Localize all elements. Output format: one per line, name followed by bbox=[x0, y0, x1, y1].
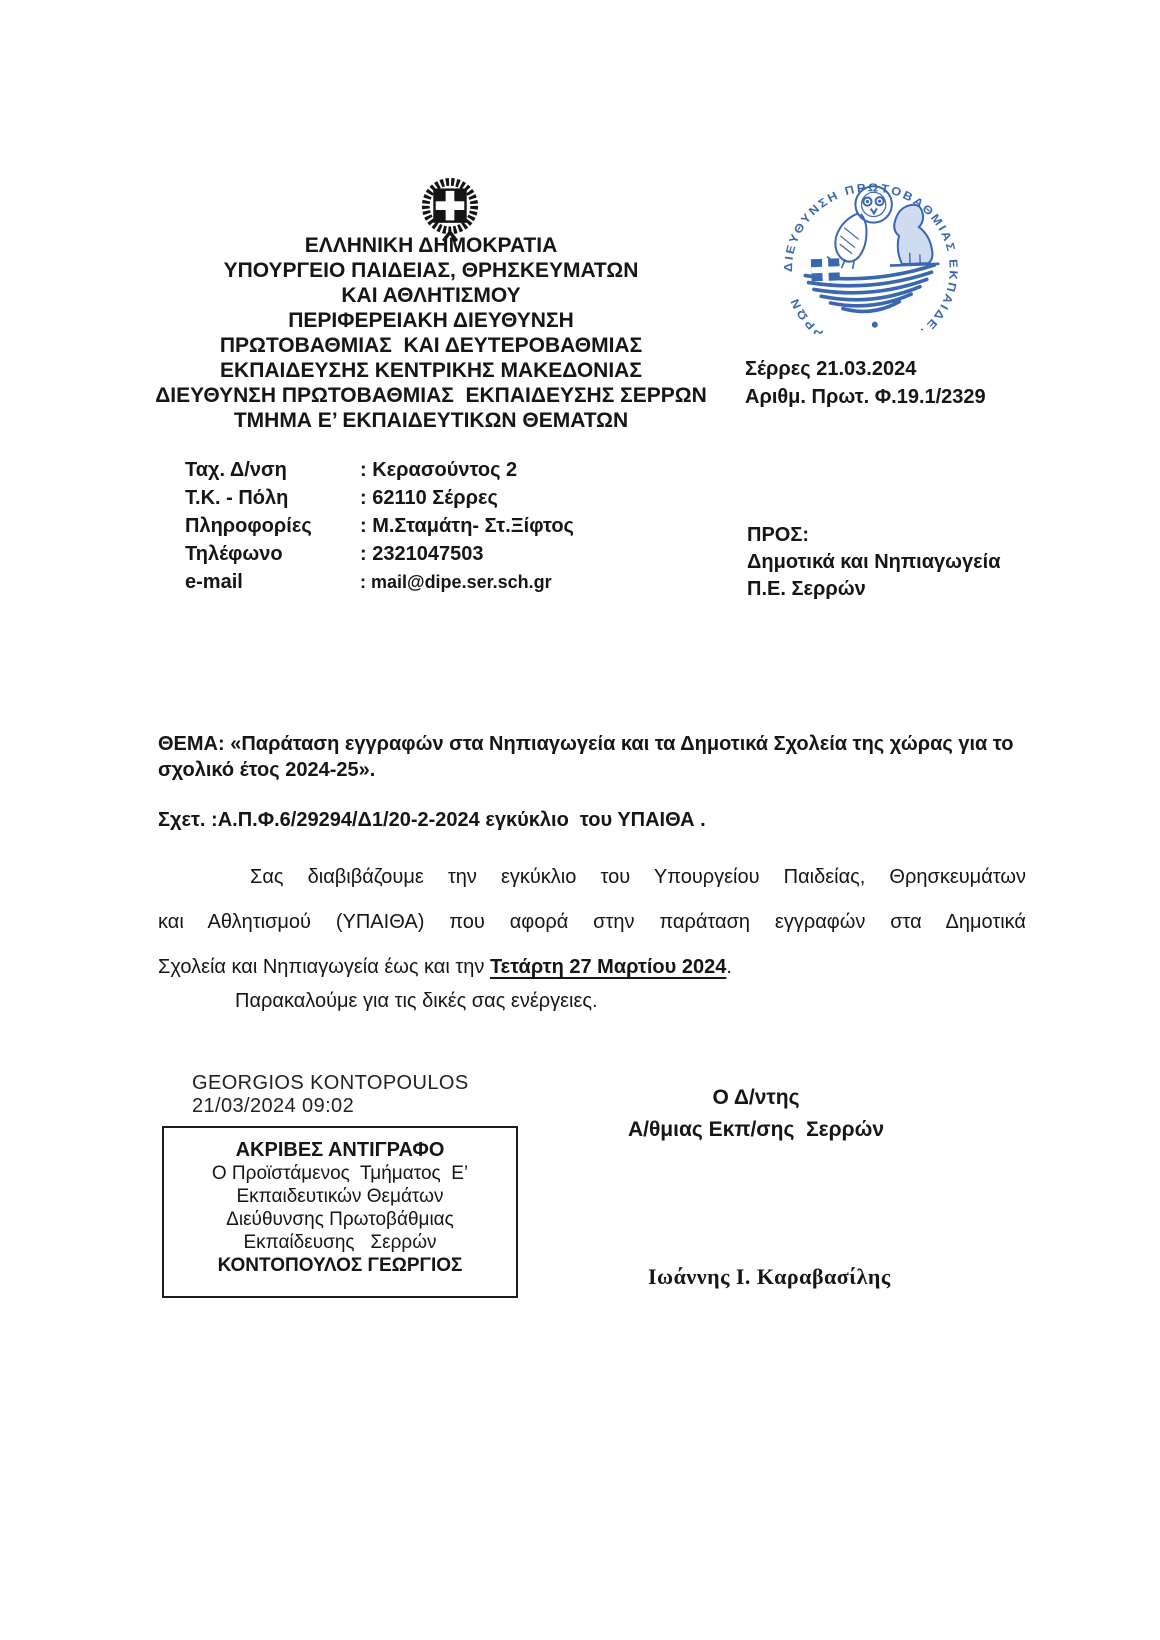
body-text: Σχολεία και Νηπιαγωγεία έως και την bbox=[158, 956, 490, 978]
recipient-block: ΠΡΟΣ: Δημοτικά και Νηπιαγωγεία Π.Ε. Σερρ… bbox=[747, 522, 1001, 603]
contact-label: Πληροφορίες bbox=[185, 512, 360, 540]
contact-label: Τ.Κ. - Πόλη bbox=[185, 484, 360, 512]
contact-row: Πληροφορίες: Μ.Σταμάτη- Στ.Ξίφτος bbox=[185, 512, 574, 540]
contact-value: : Κερασούντος 2 bbox=[360, 459, 517, 481]
signatory-block: Ο Δ/ντης Α/θμιας Εκπ/σης Σερρών bbox=[600, 1082, 912, 1146]
contact-row: Ταχ. Δ/νση: Κερασούντος 2 bbox=[185, 456, 574, 484]
copy-box-name: ΚΟΝΤΟΠΟΥΛΟΣ ΓΕΩΡΓΙΟΣ bbox=[164, 1254, 516, 1277]
related-reference: Σχετ. :Α.Π.Φ.6/29294/Δ1/20-2-2024 εγκύκλ… bbox=[158, 809, 706, 832]
closing-line: Παρακαλούμε για τις δικές σας ενέργειες. bbox=[235, 990, 598, 1013]
digital-signature-name: GEORGIOS KONTOPOULOS bbox=[192, 1072, 469, 1095]
body-line: και Αθλητισμού (ΥΠΑΙΘΑ) που αφορά στην π… bbox=[158, 900, 1026, 945]
contact-label: e-mail bbox=[185, 568, 360, 596]
body-line: Σας διαβιβάζουμε την εγκύκλιο του Υπουργ… bbox=[158, 855, 1026, 900]
contact-email: : mail@dipe.ser.sch.gr bbox=[360, 572, 552, 592]
recipient-line: Π.Ε. Σερρών bbox=[747, 576, 1001, 603]
directorate-stamp-icon: ΔΙΕΥΘΥΝΣΗ ΠΡΩΤΟΒΑΘΜΙΑΣ ΕΚΠΑΙΔΕΥΣΗΣ Π.Ε. … bbox=[771, 155, 969, 336]
header-line: ΔΙΕΥΘΥΝΣΗ ΠΡΩΤΟΒΑΘΜΙΑΣ ΕΚΠΑΙΔΕΥΣΗΣ ΣΕΡΡΩ… bbox=[120, 383, 742, 408]
flag-canton bbox=[811, 258, 840, 281]
contact-value: : 2321047503 bbox=[360, 543, 483, 565]
protocol-number: Αριθμ. Πρωτ. Φ.19.1/2329 bbox=[745, 383, 986, 411]
header-line: ΕΚΠΑΙΔΕΥΣΗΣ ΚΕΝΤΡΙΚΗΣ ΜΑΚΕΔΟΝΙΑΣ bbox=[120, 358, 742, 383]
header-line: ΕΛΛΗΝΙΚΗ ΔΗΜΟΚΡΑΤΙΑ bbox=[120, 233, 742, 258]
contact-label: Τηλέφωνο bbox=[185, 540, 360, 568]
digital-signature: GEORGIOS KONTOPOULOS 21/03/2024 09:02 bbox=[192, 1072, 469, 1118]
body-paragraph: Σας διαβιβάζουμε την εγκύκλιο του Υπουργ… bbox=[158, 855, 1026, 990]
ministry-header: ΕΛΛΗΝΙΚΗ ΔΗΜΟΚΡΑΤΙΑ ΥΠΟΥΡΓΕΙΟ ΠΑΙΔΕΙΑΣ, … bbox=[120, 233, 742, 433]
subject-block: ΘΕΜΑ: «Παράταση εγγραφών στα Νηπιαγωγεία… bbox=[158, 731, 1038, 783]
contact-row: e-mail: mail@dipe.ser.sch.gr bbox=[185, 568, 574, 596]
copy-box-line: Εκπαίδευσης Σερρών bbox=[164, 1231, 516, 1254]
signatory-unit: Α/θμιας Εκπ/σης Σερρών bbox=[600, 1114, 912, 1146]
place-date: Σέρρες 21.03.2024 bbox=[745, 355, 986, 383]
contact-label: Ταχ. Δ/νση bbox=[185, 456, 360, 484]
copy-box-title: ΑΚΡΙΒΕΣ ΑΝΤΙΓΡΑΦΟ bbox=[164, 1139, 516, 1162]
reference-block: Σέρρες 21.03.2024 Αριθμ. Πρωτ. Φ.19.1/23… bbox=[745, 355, 986, 411]
deadline-date: Τετάρτη 27 Μαρτίου 2024 bbox=[490, 956, 726, 978]
body-line: Σχολεία και Νηπιαγωγεία έως και την Τετά… bbox=[158, 945, 1026, 990]
stamp-dot bbox=[872, 322, 878, 328]
contact-row: Τηλέφωνο: 2321047503 bbox=[185, 540, 574, 568]
header-line: ΤΜΗΜΑ Ε’ ΕΚΠΑΙΔΕΥΤΙΚΩΝ ΘΕΜΑΤΩΝ bbox=[120, 408, 742, 433]
header-line: ΠΕΡΙΦΕΡΕΙΑΚΗ ΔΙΕΥΘΥΝΣΗ bbox=[120, 308, 742, 333]
header-line: ΚΑΙ ΑΘΛΗΤΙΣΜΟΥ bbox=[120, 283, 742, 308]
recipient-label: ΠΡΟΣ: bbox=[747, 522, 1001, 549]
signatory-name: Ιωάννης Ι. Καραβασίλης bbox=[648, 1264, 891, 1290]
copy-box-line: Εκπαιδευτικών Θεμάτων bbox=[164, 1185, 516, 1208]
copy-box-line: Ο Προϊστάμενος Τμήματος Ε’ bbox=[164, 1162, 516, 1185]
certified-copy-box: ΑΚΡΙΒΕΣ ΑΝΤΙΓΡΑΦΟ Ο Προϊστάμενος Τμήματο… bbox=[162, 1126, 518, 1298]
document-page: ΕΛΛΗΝΙΚΗ ΔΗΜΟΚΡΑΤΙΑ ΥΠΟΥΡΓΕΙΟ ΠΑΙΔΕΙΑΣ, … bbox=[0, 0, 1160, 1640]
digital-signature-datetime: 21/03/2024 09:02 bbox=[192, 1095, 469, 1118]
contact-value: : Μ.Σταμάτη- Στ.Ξίφτος bbox=[360, 515, 574, 537]
signatory-title: Ο Δ/ντης bbox=[600, 1082, 912, 1114]
subject-line: ΘΕΜΑ: «Παράταση εγγραφών στα Νηπιαγωγεία… bbox=[158, 731, 1038, 757]
copy-box-line: Διεύθυνσης Πρωτοβάθμιας bbox=[164, 1208, 516, 1231]
body-text: . bbox=[726, 956, 732, 978]
header-line: ΥΠΟΥΡΓΕΙΟ ΠΑΙΔΕΙΑΣ, ΘΡΗΣΚΕΥΜΑΤΩΝ bbox=[120, 258, 742, 283]
contact-info: Ταχ. Δ/νση: Κερασούντος 2 Τ.Κ. - Πόλη: 6… bbox=[185, 456, 574, 596]
recipient-line: Δημοτικά και Νηπιαγωγεία bbox=[747, 549, 1001, 576]
subject-line: σχολικό έτος 2024-25». bbox=[158, 757, 1038, 783]
contact-row: Τ.Κ. - Πόλη: 62110 Σέρρες bbox=[185, 484, 574, 512]
contact-value: : 62110 Σέρρες bbox=[360, 487, 498, 509]
header-line: ΠΡΩΤΟΒΑΘΜΙΑΣ ΚΑΙ ΔΕΥΤΕΡΟΒΑΘΜΙΑΣ bbox=[120, 333, 742, 358]
